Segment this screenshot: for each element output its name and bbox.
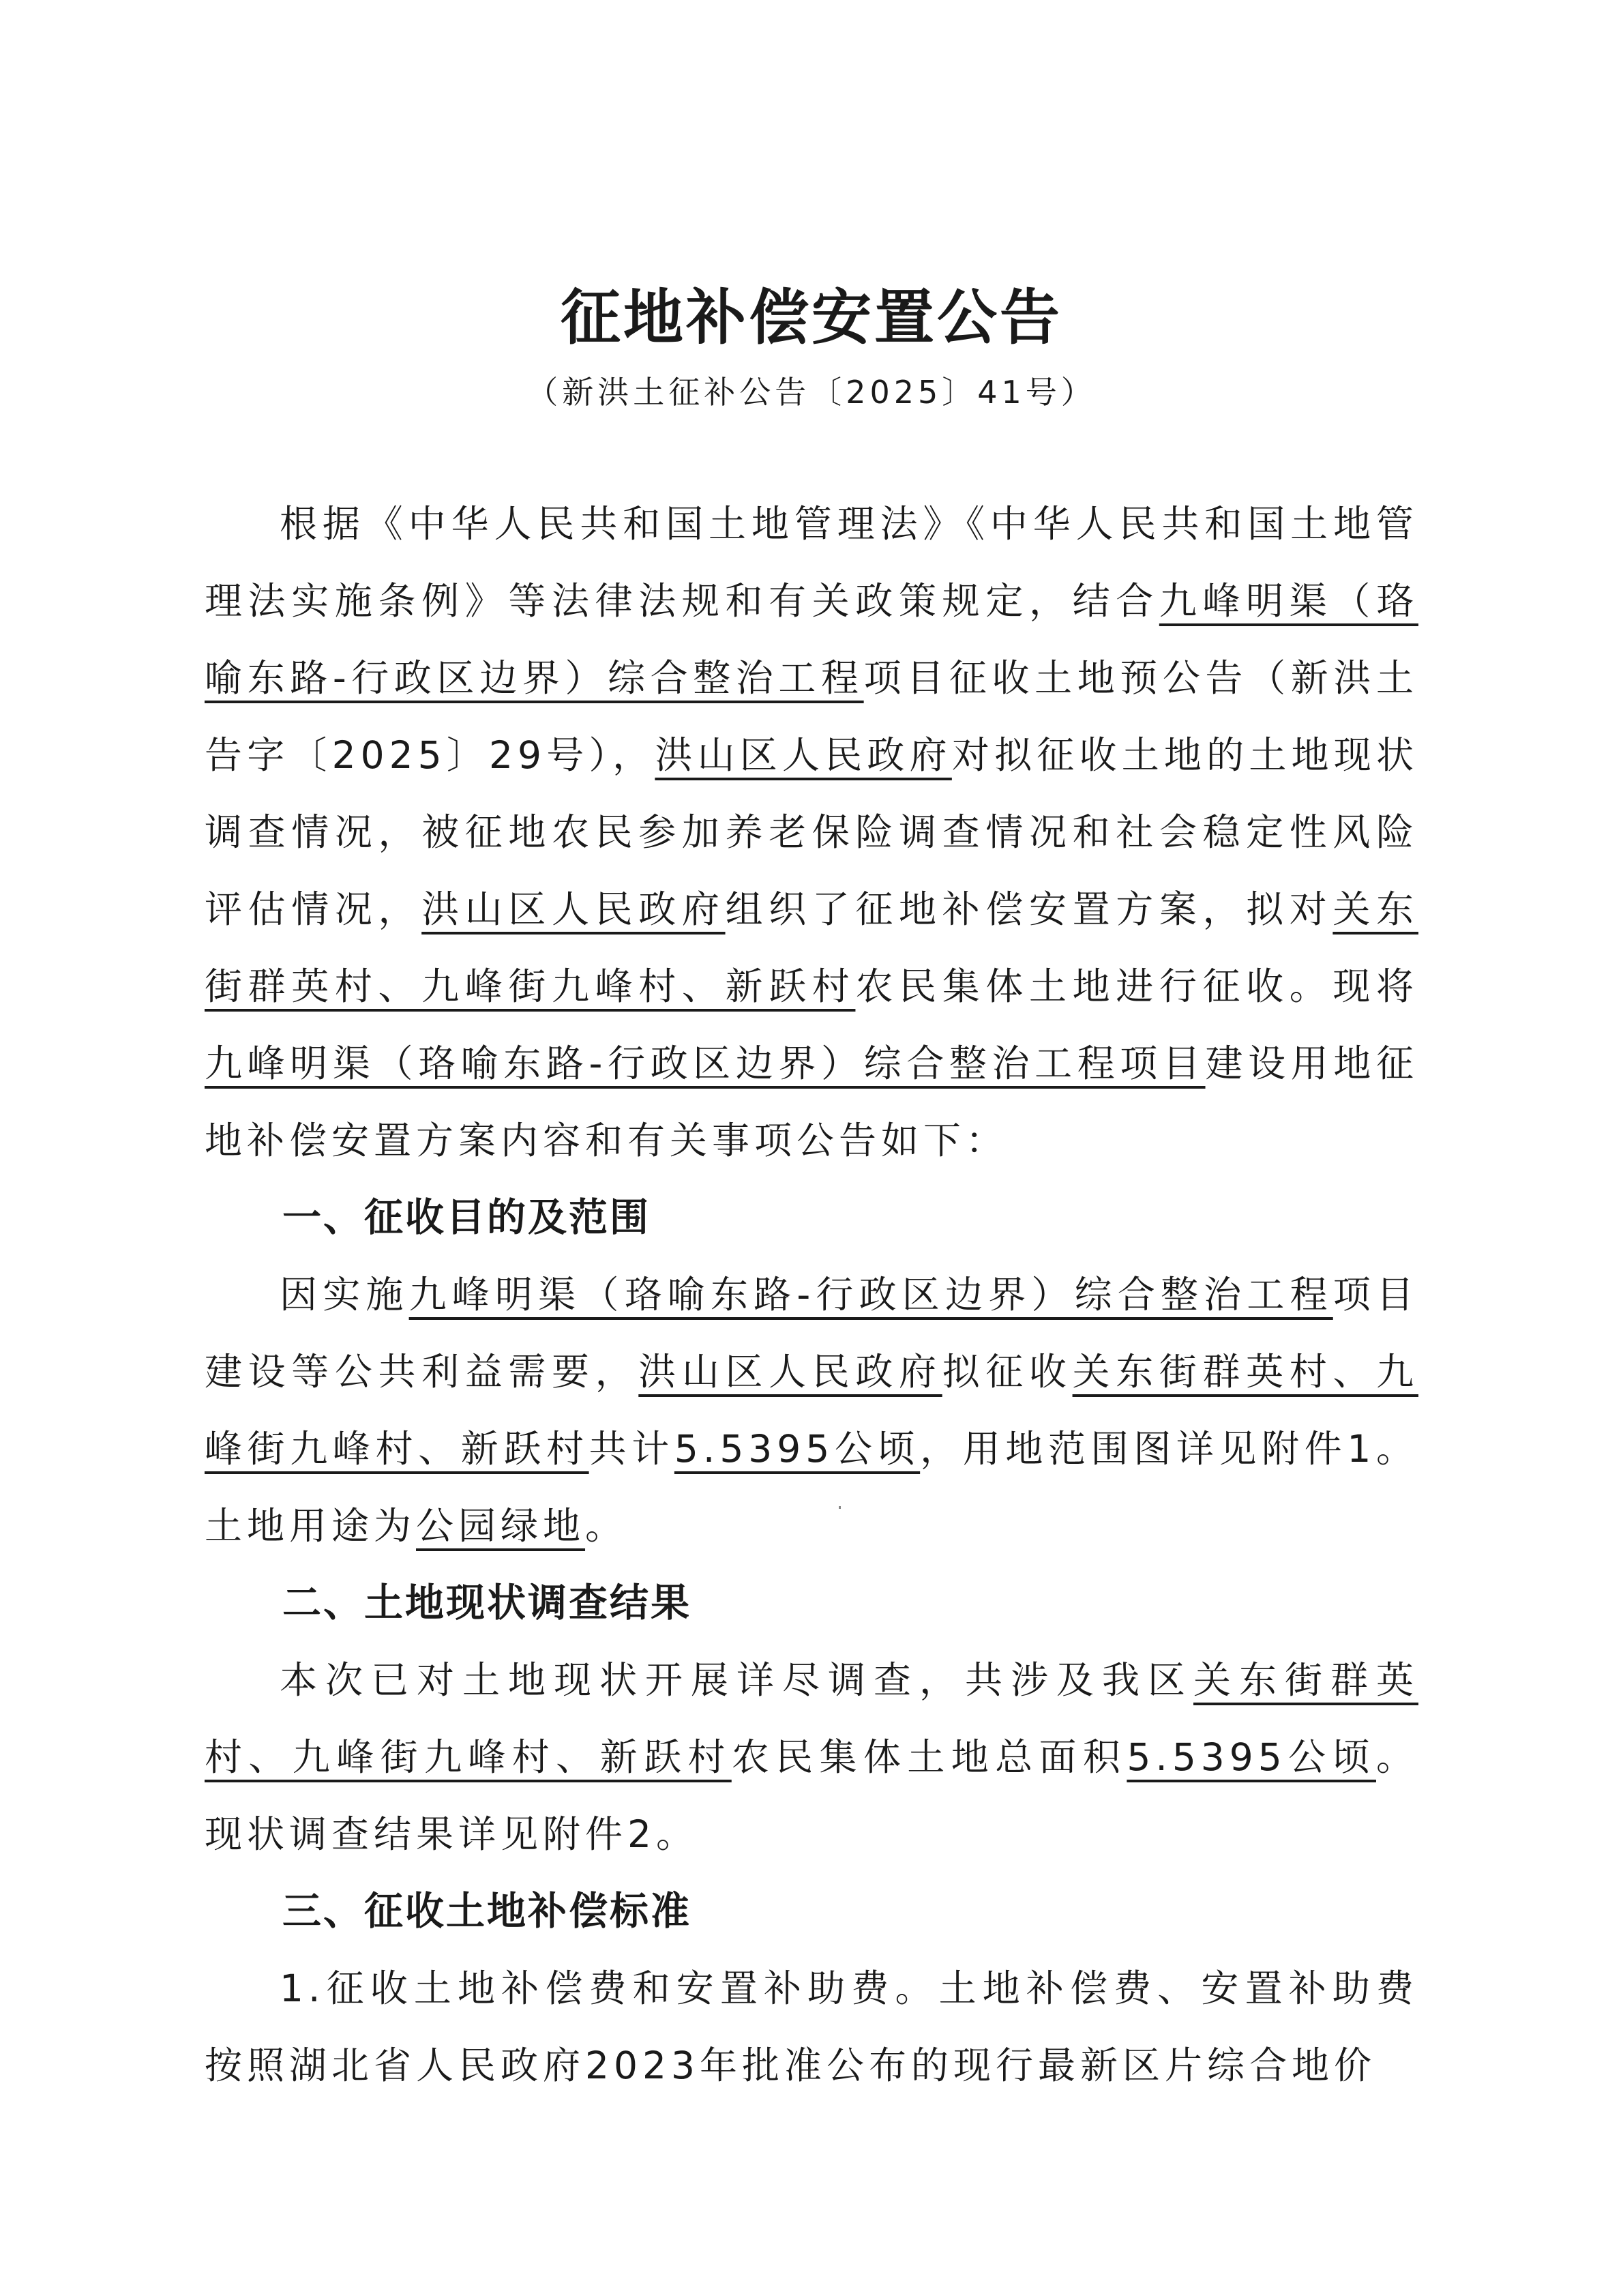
document-body: 根据《中华人民共和国土地管理法》《中华人民共和国土地管理法实施条例》等法律法规和… bbox=[205, 486, 1418, 2104]
text-segment: 拟征收 bbox=[942, 1350, 1073, 1394]
section-1-paragraph: 因实施九峰明渠（珞喻东路-行政区边界）综合整治工程项目建设等公共利益需要，洪山区… bbox=[205, 1256, 1418, 1565]
section-heading-3: 三、征收土地补偿标准 bbox=[205, 1873, 1418, 1950]
text-segment: 农民集体土地总面积 bbox=[732, 1735, 1127, 1779]
document-title: 征地补偿安置公告 bbox=[205, 276, 1418, 358]
underlined-land-use: 公园绿地 bbox=[416, 1504, 585, 1548]
text-segment: 1.征收土地补偿费和安置补助费。土地补偿费、安置补助费按照湖北省人民政府2023… bbox=[205, 1967, 1418, 2087]
text-segment: 农民集体土地进行征收。现将 bbox=[855, 965, 1418, 1008]
document-number: （新洪土征补公告〔2025〕41号） bbox=[205, 368, 1418, 416]
underlined-project-name: 九峰明渠（珞喻东路-行政区边界）综合整治工程 bbox=[409, 1273, 1333, 1316]
text-segment: 组织了征地补偿安置方案，拟对 bbox=[726, 887, 1333, 931]
text-segment: 因实施 bbox=[280, 1273, 409, 1316]
underlined-area: 5.5395公顷 bbox=[1127, 1735, 1376, 1779]
underlined-government-name: 洪山区人民政府 bbox=[421, 887, 725, 931]
text-segment: 共计 bbox=[589, 1427, 674, 1471]
underlined-project-name: 九峰明渠（珞喻东路-行政区边界）综合整治工程项目 bbox=[205, 1042, 1206, 1085]
section-heading-1: 一、征收目的及范围 bbox=[205, 1179, 1418, 1256]
section-3-paragraph: 1.征收土地补偿费和安置补助费。土地补偿费、安置补助费按照湖北省人民政府2023… bbox=[205, 1950, 1418, 2104]
section-heading-2: 二、土地现状调查结果 bbox=[205, 1565, 1418, 1642]
section-2-paragraph: 本次已对土地现状开展详尽调查，共涉及我区关东街群英村、九峰街九峰村、新跃村农民集… bbox=[205, 1642, 1418, 1873]
text-segment: 本次已对土地现状开展详尽调查，共涉及我区 bbox=[280, 1658, 1193, 1702]
underlined-government-name: 洪山区人民政府 bbox=[655, 733, 951, 777]
text-segment: 。 bbox=[585, 1504, 627, 1548]
underlined-area: 5.5395公顷 bbox=[674, 1427, 920, 1471]
underlined-government-name: 洪山区人民政府 bbox=[638, 1350, 942, 1394]
scan-artifact bbox=[839, 1506, 841, 1509]
intro-paragraph: 根据《中华人民共和国土地管理法》《中华人民共和国土地管理法实施条例》等法律法规和… bbox=[205, 486, 1418, 1179]
